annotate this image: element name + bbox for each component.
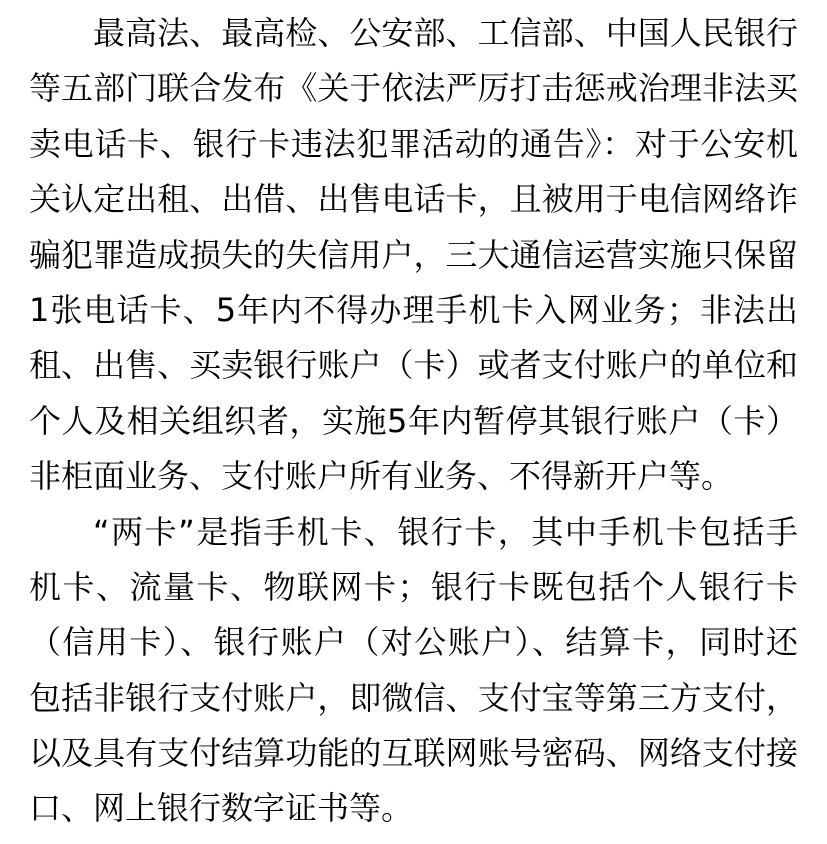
text-line: 1张电话卡、5年内不得办理手机卡入网业务；非法出 (29, 283, 798, 338)
text-line: 非柜面业务、支付账户所有业务、不得新开户等。 (29, 449, 798, 504)
text-line: 口、网上银行数字证书等。 (29, 781, 798, 836)
text-line: 骗犯罪造成损失的失信用户，三大通信运营实施只保留 (29, 228, 798, 283)
text-line: （信用卡）、银行账户（对公账户）、结算卡，同时还 (29, 615, 798, 670)
page: 最高法、最高检、公安部、工信部、中国人民银行等五部门联合发布《关于依法严厉打击惩… (0, 0, 827, 844)
text-line: 机卡、流量卡、物联网卡；银行卡既包括个人银行卡 (29, 560, 798, 615)
text-line: 包括非银行支付账户，即微信、支付宝等第三方支付， (29, 671, 798, 726)
text-line: 等五部门联合发布《关于依法严厉打击惩戒治理非法买 (29, 61, 798, 116)
document-body: 最高法、最高检、公安部、工信部、中国人民银行等五部门联合发布《关于依法严厉打击惩… (0, 0, 827, 837)
text-line: 最高法、最高检、公安部、工信部、中国人民银行 (29, 6, 798, 61)
text-line: 租、出售、买卖银行账户（卡）或者支付账户的单位和 (29, 338, 798, 393)
text-line: “两卡”是指手机卡、银行卡，其中手机卡包括手 (29, 505, 798, 560)
text-line: 个人及相关组织者，实施5年内暂停其银行账户（卡） (29, 394, 798, 449)
text-line: 卖电话卡、银行卡违法犯罪活动的通告》：对于公安机 (29, 117, 798, 172)
text-line: 关认定出租、出借、出售电话卡，且被用于电信网络诈 (29, 172, 798, 227)
text-line: 以及具有支付结算功能的互联网账号密码、网络支付接 (29, 726, 798, 781)
